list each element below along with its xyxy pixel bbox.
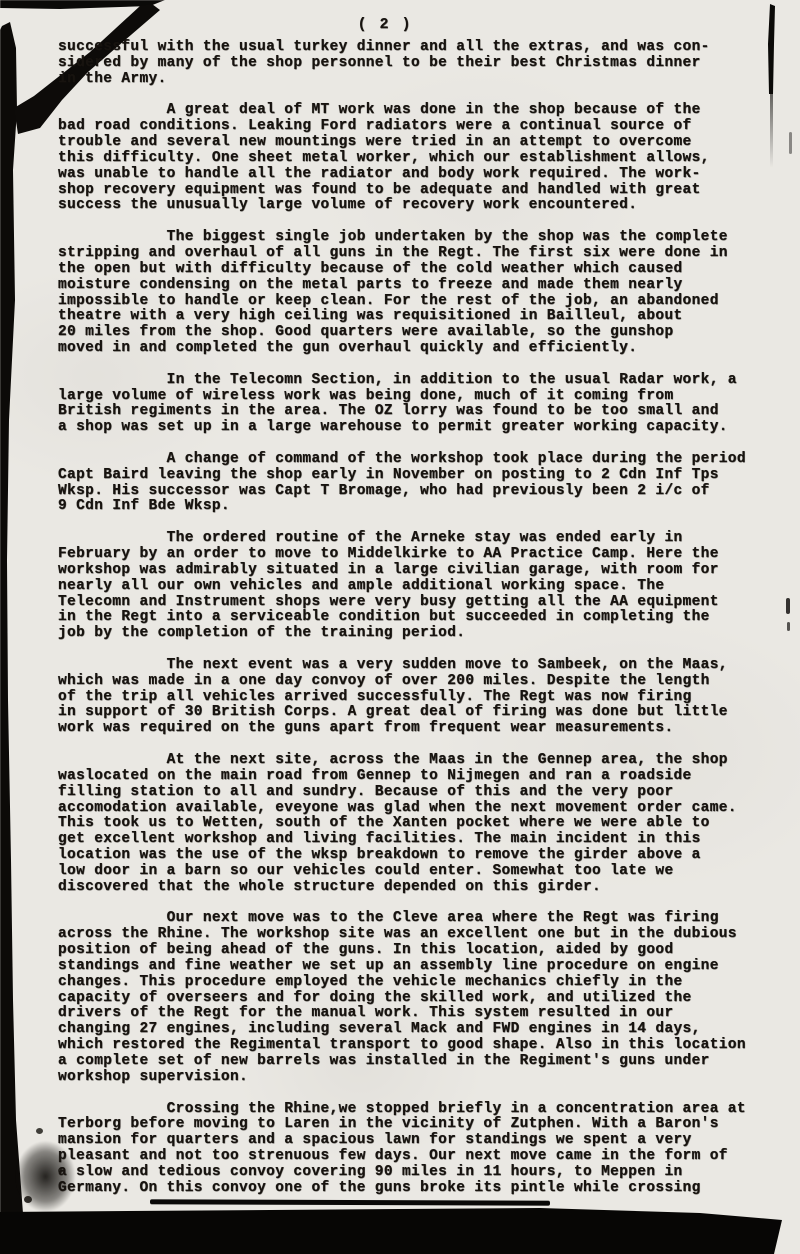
scan-right-margin-dash bbox=[786, 598, 790, 614]
paragraph: The ordered routine of the Arneke stay w… bbox=[58, 531, 764, 642]
scan-left-edge-shadow bbox=[0, 0, 26, 1254]
page-number: ( 2 ) bbox=[0, 16, 770, 33]
scan-right-margin-dash bbox=[789, 132, 792, 154]
paragraph: The biggest single job undertaken by the… bbox=[58, 230, 764, 357]
scan-top-edge-mark bbox=[0, 0, 165, 10]
ink-speck bbox=[24, 1196, 32, 1203]
paragraph: In the Telecomn Section, in addition to … bbox=[58, 373, 764, 436]
paragraph: A change of command of the workshop took… bbox=[58, 452, 764, 515]
scanned-document-page: ( 2 ) successful with the usual turkey d… bbox=[0, 0, 800, 1254]
paragraph: The next event was a very sudden move to… bbox=[58, 658, 764, 737]
paragraph: A great deal of MT work was done in the … bbox=[58, 103, 764, 214]
scan-right-margin-dash bbox=[787, 622, 790, 631]
scan-right-edge-line-fade bbox=[770, 88, 773, 168]
paragraph: At the next site, across the Maas in the… bbox=[58, 753, 764, 896]
paragraph: Our next move was to the Cleve area wher… bbox=[58, 911, 764, 1085]
document-body-text: successful with the usual turkey dinner … bbox=[58, 40, 764, 1212]
ink-speck bbox=[36, 1128, 43, 1134]
paragraph: Crossing the Rhine,we stopped briefly in… bbox=[58, 1102, 764, 1197]
paragraph: successful with the usual turkey dinner … bbox=[58, 40, 764, 88]
